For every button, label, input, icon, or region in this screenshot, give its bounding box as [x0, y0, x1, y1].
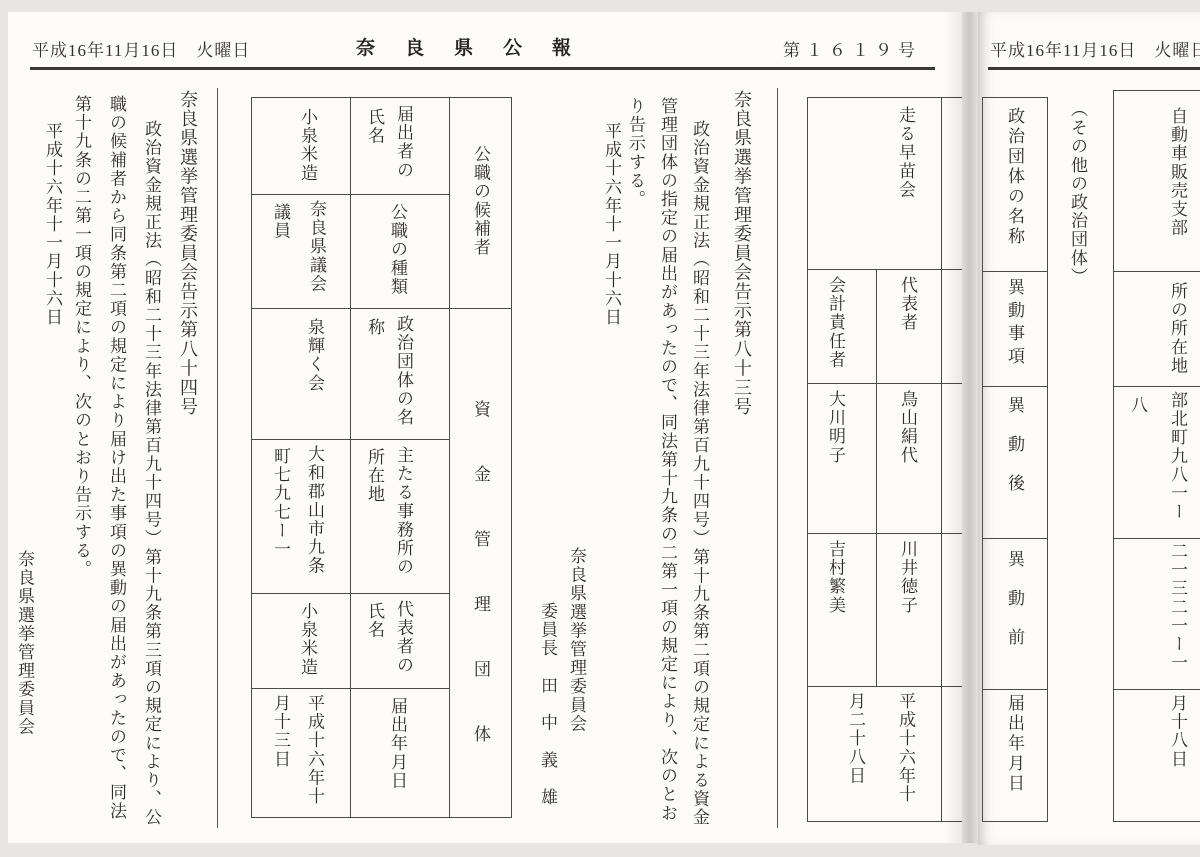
grid-line [983, 271, 1047, 272]
row-value: 平成十六年十 [306, 694, 323, 806]
grid-line [1114, 271, 1200, 272]
fragment-cell: 月十八日 [1169, 694, 1186, 768]
grid-line [252, 688, 449, 689]
notice83-heading: 奈良県選挙管理委員会告示第八十三号 [733, 90, 751, 416]
page-left-header-date: 平成16年11月16日 火曜日 [32, 36, 250, 61]
column-separator-rule [217, 88, 218, 828]
row-value: 奈良県議会 [308, 200, 325, 293]
publish-day: 火曜日 [196, 41, 250, 60]
column-separator-rule [777, 88, 778, 828]
publish-day: 火曜日 [1154, 41, 1200, 60]
span-header-fund-org: 資金管理団体 [472, 400, 489, 790]
fragment-cell: 所の所在地 [1169, 282, 1186, 375]
fragment-cell: 部北町九八一ー [1169, 391, 1186, 521]
notice84-date: 平成十六年十一月十六日 [44, 122, 61, 327]
column-header: 異動前 [1006, 550, 1023, 667]
row-label: 主たる事務所の [395, 446, 412, 576]
page-right: 平成16年11月16日 火曜日 政治団体の名称 異動事項 異動後 異動前 届出年… [978, 12, 1200, 845]
report-date-cell: 月二十八日 [847, 692, 864, 785]
fragment-cell: 二一三二一ー一 [1169, 542, 1186, 672]
fragment-cell: 自動車販売支部 [1169, 107, 1186, 237]
notice83-body-line3: り告示する。 [627, 97, 644, 209]
publish-date: 平成16年11月16日 [990, 41, 1136, 60]
notice83-committee: 奈良県選挙管理委員会 [568, 547, 585, 733]
gazette-scan: 平成16年11月16日 火曜日 奈良県公報 第１６１９号 走る早苗会 代表者 会… [0, 0, 1200, 857]
notice84-body-line2: 職の候補者から同条第二項の規定により届け出た事項の異動の届出があったので、同法 [108, 95, 125, 820]
report-date-cell: 平成十六年十 [897, 692, 914, 804]
section-label: （その他の政治団体） [1069, 100, 1086, 286]
grid-line [1114, 386, 1200, 387]
grid-line [808, 269, 962, 270]
column-header: 異動後 [1006, 396, 1023, 513]
before-change-cell: 川井徳子 [899, 540, 916, 614]
header-rule [988, 67, 1200, 70]
column-header: 届出年月日 [1006, 694, 1023, 794]
grid-line [1114, 538, 1200, 539]
row-label: 代表者の [395, 600, 412, 674]
grid-line [983, 689, 1047, 690]
grid-line [1114, 689, 1200, 690]
grid-line [876, 269, 877, 686]
page-left: 平成16年11月16日 火曜日 奈良県公報 第１６１９号 走る早苗会 代表者 会… [8, 12, 962, 843]
page-right-header-date: 平成16年11月16日 火曜日 [990, 36, 1200, 61]
row-label: 氏名 [366, 602, 383, 639]
row-value: 議員 [272, 203, 289, 240]
row-label: 届出者の [395, 105, 412, 179]
issue-number: 第１６１９号 [783, 36, 921, 61]
notice83-chairman: 委員長 田 中 義 雄 [539, 602, 556, 807]
grid-line [252, 308, 511, 309]
grid-line [252, 593, 449, 594]
change-item-cell: 会計責任者 [827, 276, 844, 369]
row-value: 小泉米造 [299, 602, 316, 676]
notice83-date: 平成十六年十一月十六日 [603, 122, 620, 327]
grid-line [983, 386, 1047, 387]
column-header: 政治団体の名称 [1006, 107, 1023, 247]
row-label: 政治団体の名 [395, 315, 412, 427]
org-name-cell: 走る早苗会 [897, 106, 914, 199]
grid-line [350, 98, 351, 817]
row-value: 月十三日 [272, 694, 289, 768]
column-header: 異動事項 [1006, 278, 1023, 370]
notice84-committee: 奈良県選挙管理委員会 [16, 550, 33, 736]
row-value: 泉輝く会 [306, 318, 323, 392]
row-value: 町七九七ー一 [272, 447, 289, 559]
span-header-candidate: 公職の候補者 [472, 145, 489, 257]
page-edge-shadow [944, 12, 962, 843]
row-label: 公職の種類 [389, 203, 406, 296]
row-label: 届出年月日 [389, 697, 406, 790]
after-change-cell: 大川明子 [827, 390, 844, 464]
change-item-cell: 代表者 [899, 276, 916, 332]
grid-line [983, 538, 1047, 539]
after-change-cell: 鳥山絹代 [899, 390, 916, 464]
gazette-title: 奈良県公報 [356, 33, 601, 60]
grid-line [808, 686, 962, 687]
page-seam [962, 12, 978, 843]
row-value: 大和郡山市九条 [306, 445, 323, 575]
grid-line [252, 194, 449, 195]
publish-date: 平成16年11月16日 [32, 41, 178, 60]
grid-line [941, 98, 942, 821]
row-label: 氏名 [366, 108, 383, 145]
notice84-body-line3: 第十九条の二第一項の規定により、次のとおり告示する。 [73, 95, 90, 579]
header-rule [30, 67, 935, 70]
row-label: 所在地 [366, 448, 383, 504]
row-label: 称 [366, 318, 383, 337]
notice83-body-line2: 管理団体の指定の届出があったので、同法第十九条の二第一項の規定により、次のとお [659, 97, 676, 822]
before-change-cell: 吉村繁美 [827, 540, 844, 614]
notice84-heading: 奈良県選挙管理委員会告示第八十四号 [179, 90, 197, 416]
grid-line [808, 533, 962, 534]
notice84-body-line1: 政治資金規正法（昭和二十三年法律第百九十四号）第十九条第三項の規定により、公 [143, 120, 160, 827]
notice83-body-line1: 政治資金規正法（昭和二十三年法律第百九十四号）第十九条第二項の規定による資金 [691, 120, 708, 827]
grid-line [808, 383, 962, 384]
grid-line [252, 439, 449, 440]
row-value: 小泉米造 [299, 108, 316, 182]
grid-line [449, 98, 450, 817]
fragment-cell: 八 [1129, 396, 1146, 415]
